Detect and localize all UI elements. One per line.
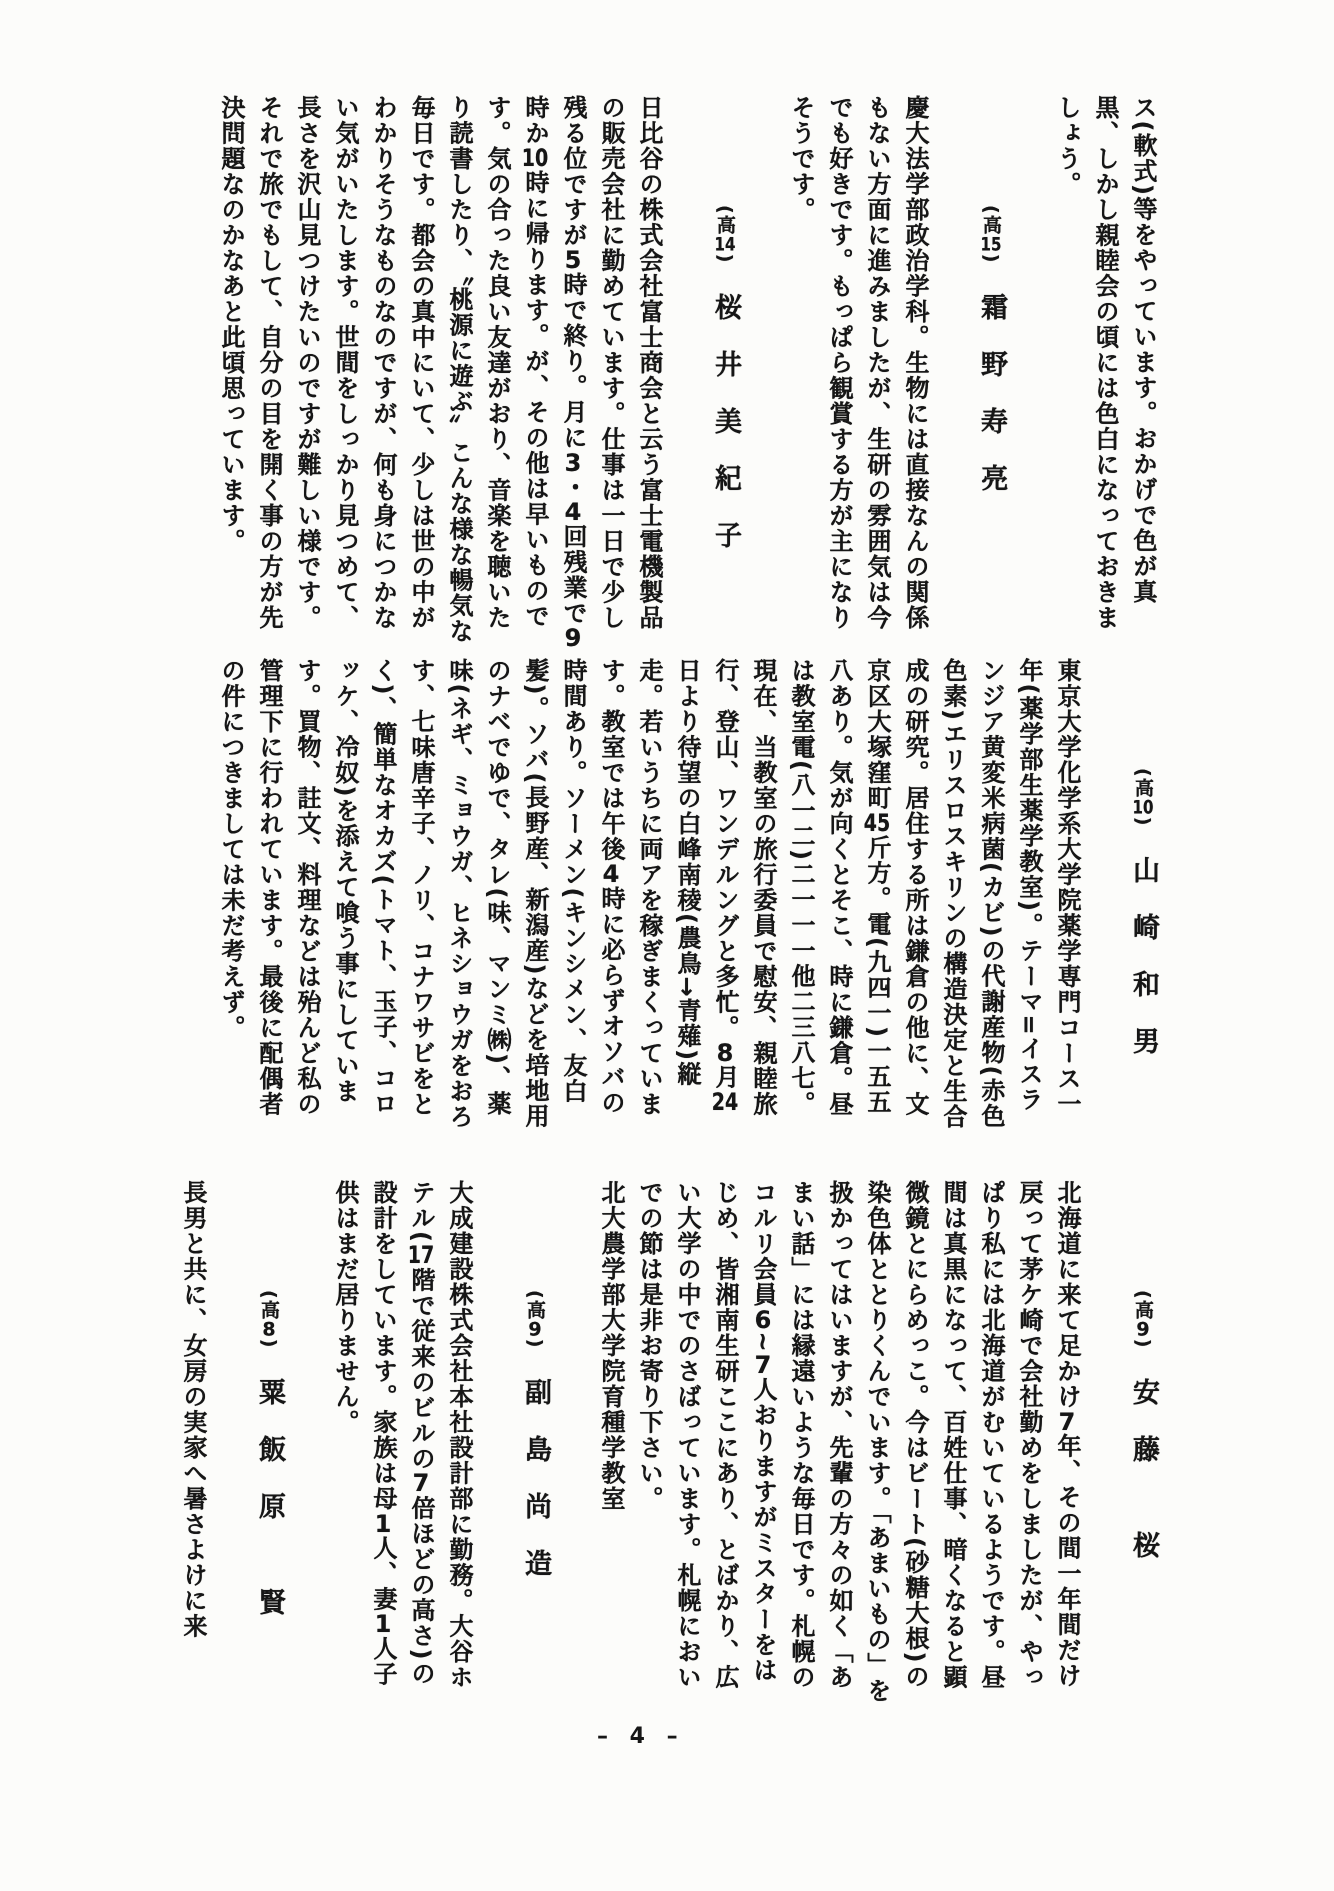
entry-body-continuation: ス(軟式)等をやっています。おかげで色が真黒、しかし親睦会の頃には色白になってお… xyxy=(1053,95,1157,631)
member-name: 副島尚造 xyxy=(520,1348,551,1606)
entry-body: 日比谷の株式会社富士商会と云う富士電機製品の販売会社に勤めています。仕事は一日で… xyxy=(217,95,663,650)
class-label: (高8) xyxy=(258,1180,280,1348)
class-label: (高9) xyxy=(1132,1180,1154,1348)
entry-heading: (高14)桜井美紀子 xyxy=(711,95,739,578)
class-label: (高14) xyxy=(714,95,736,263)
entry-heading: (高9)副島尚造 xyxy=(521,1180,549,1606)
band-bottom-flow: (高9)安藤 桜北海道に来て足かけ7年、その間一年間だけ戻って茅ケ崎で会社勤めを… xyxy=(174,1180,1162,1705)
band-top: ス(軟式)等をやっています。おかげで色が真黒、しかし親睦会の頃には色白になってお… xyxy=(112,95,1162,655)
class-label: (高10) xyxy=(1132,658,1154,826)
entry-body: 長男と共に、女房の実家へ暑さよけに来 xyxy=(179,1180,207,1639)
entry-heading: (高8)粟飯原 賢 xyxy=(255,1180,283,1646)
entry-heading: (高9)安藤 桜 xyxy=(1129,1180,1157,1589)
entry-body: 北海道に来て足かけ7年、その間一年間だけ戻って茅ケ崎で会社勤めをしましたが、やっ… xyxy=(635,1180,1081,1704)
entry-affiliation: 北大農学部大学院育種学教室 xyxy=(597,1180,625,1512)
member-name: 霜野寿亮 xyxy=(976,263,1007,521)
scanned-newsletter-page: ス(軟式)等をやっています。おかげで色が真黒、しかし親睦会の頃には色白になってお… xyxy=(0,0,1334,1891)
member-name: 粟飯原 賢 xyxy=(254,1348,285,1645)
entry-heading: (高10)山崎和男 xyxy=(1129,658,1157,1084)
member-name: 桜井美紀子 xyxy=(710,263,741,578)
entry-body: 東京大学化学系大学院薬学専門コース一年(薬学部生薬学教室)。テーマ=イスランジア… xyxy=(217,658,1081,1129)
entry-body: 大成建設株式会社本社設計部に勤務。大谷ホテル(17階で従来のビルの7倍ほどの高さ… xyxy=(331,1180,473,1690)
band-bottom: (高9)安藤 桜北海道に来て足かけ7年、その間一年間だけ戻って茅ケ崎で会社勤めを… xyxy=(112,1180,1162,1705)
band-middle: (高10)山崎和男東京大学化学系大学院薬学専門コース一年(薬学部生薬学教室)。テ… xyxy=(112,658,1162,1136)
band-middle-flow: (高10)山崎和男東京大学化学系大学院薬学専門コース一年(薬学部生薬学教室)。テ… xyxy=(212,658,1162,1136)
band-top-flow: ス(軟式)等をやっています。おかげで色が真黒、しかし親睦会の頃には色白になってお… xyxy=(212,95,1162,655)
member-name: 山崎和男 xyxy=(1128,826,1159,1084)
entry-body: 慶大法学部政治学科。生物には直接なんの関係もない方面に進みましたが、生研の雰囲気… xyxy=(787,95,929,631)
class-label: (高15) xyxy=(980,95,1002,263)
member-name: 安藤 桜 xyxy=(1128,1348,1159,1588)
class-label: (高9) xyxy=(524,1180,546,1348)
page-number: – 4 – xyxy=(597,1724,685,1749)
entry-heading: (高15)霜野寿亮 xyxy=(977,95,1005,521)
